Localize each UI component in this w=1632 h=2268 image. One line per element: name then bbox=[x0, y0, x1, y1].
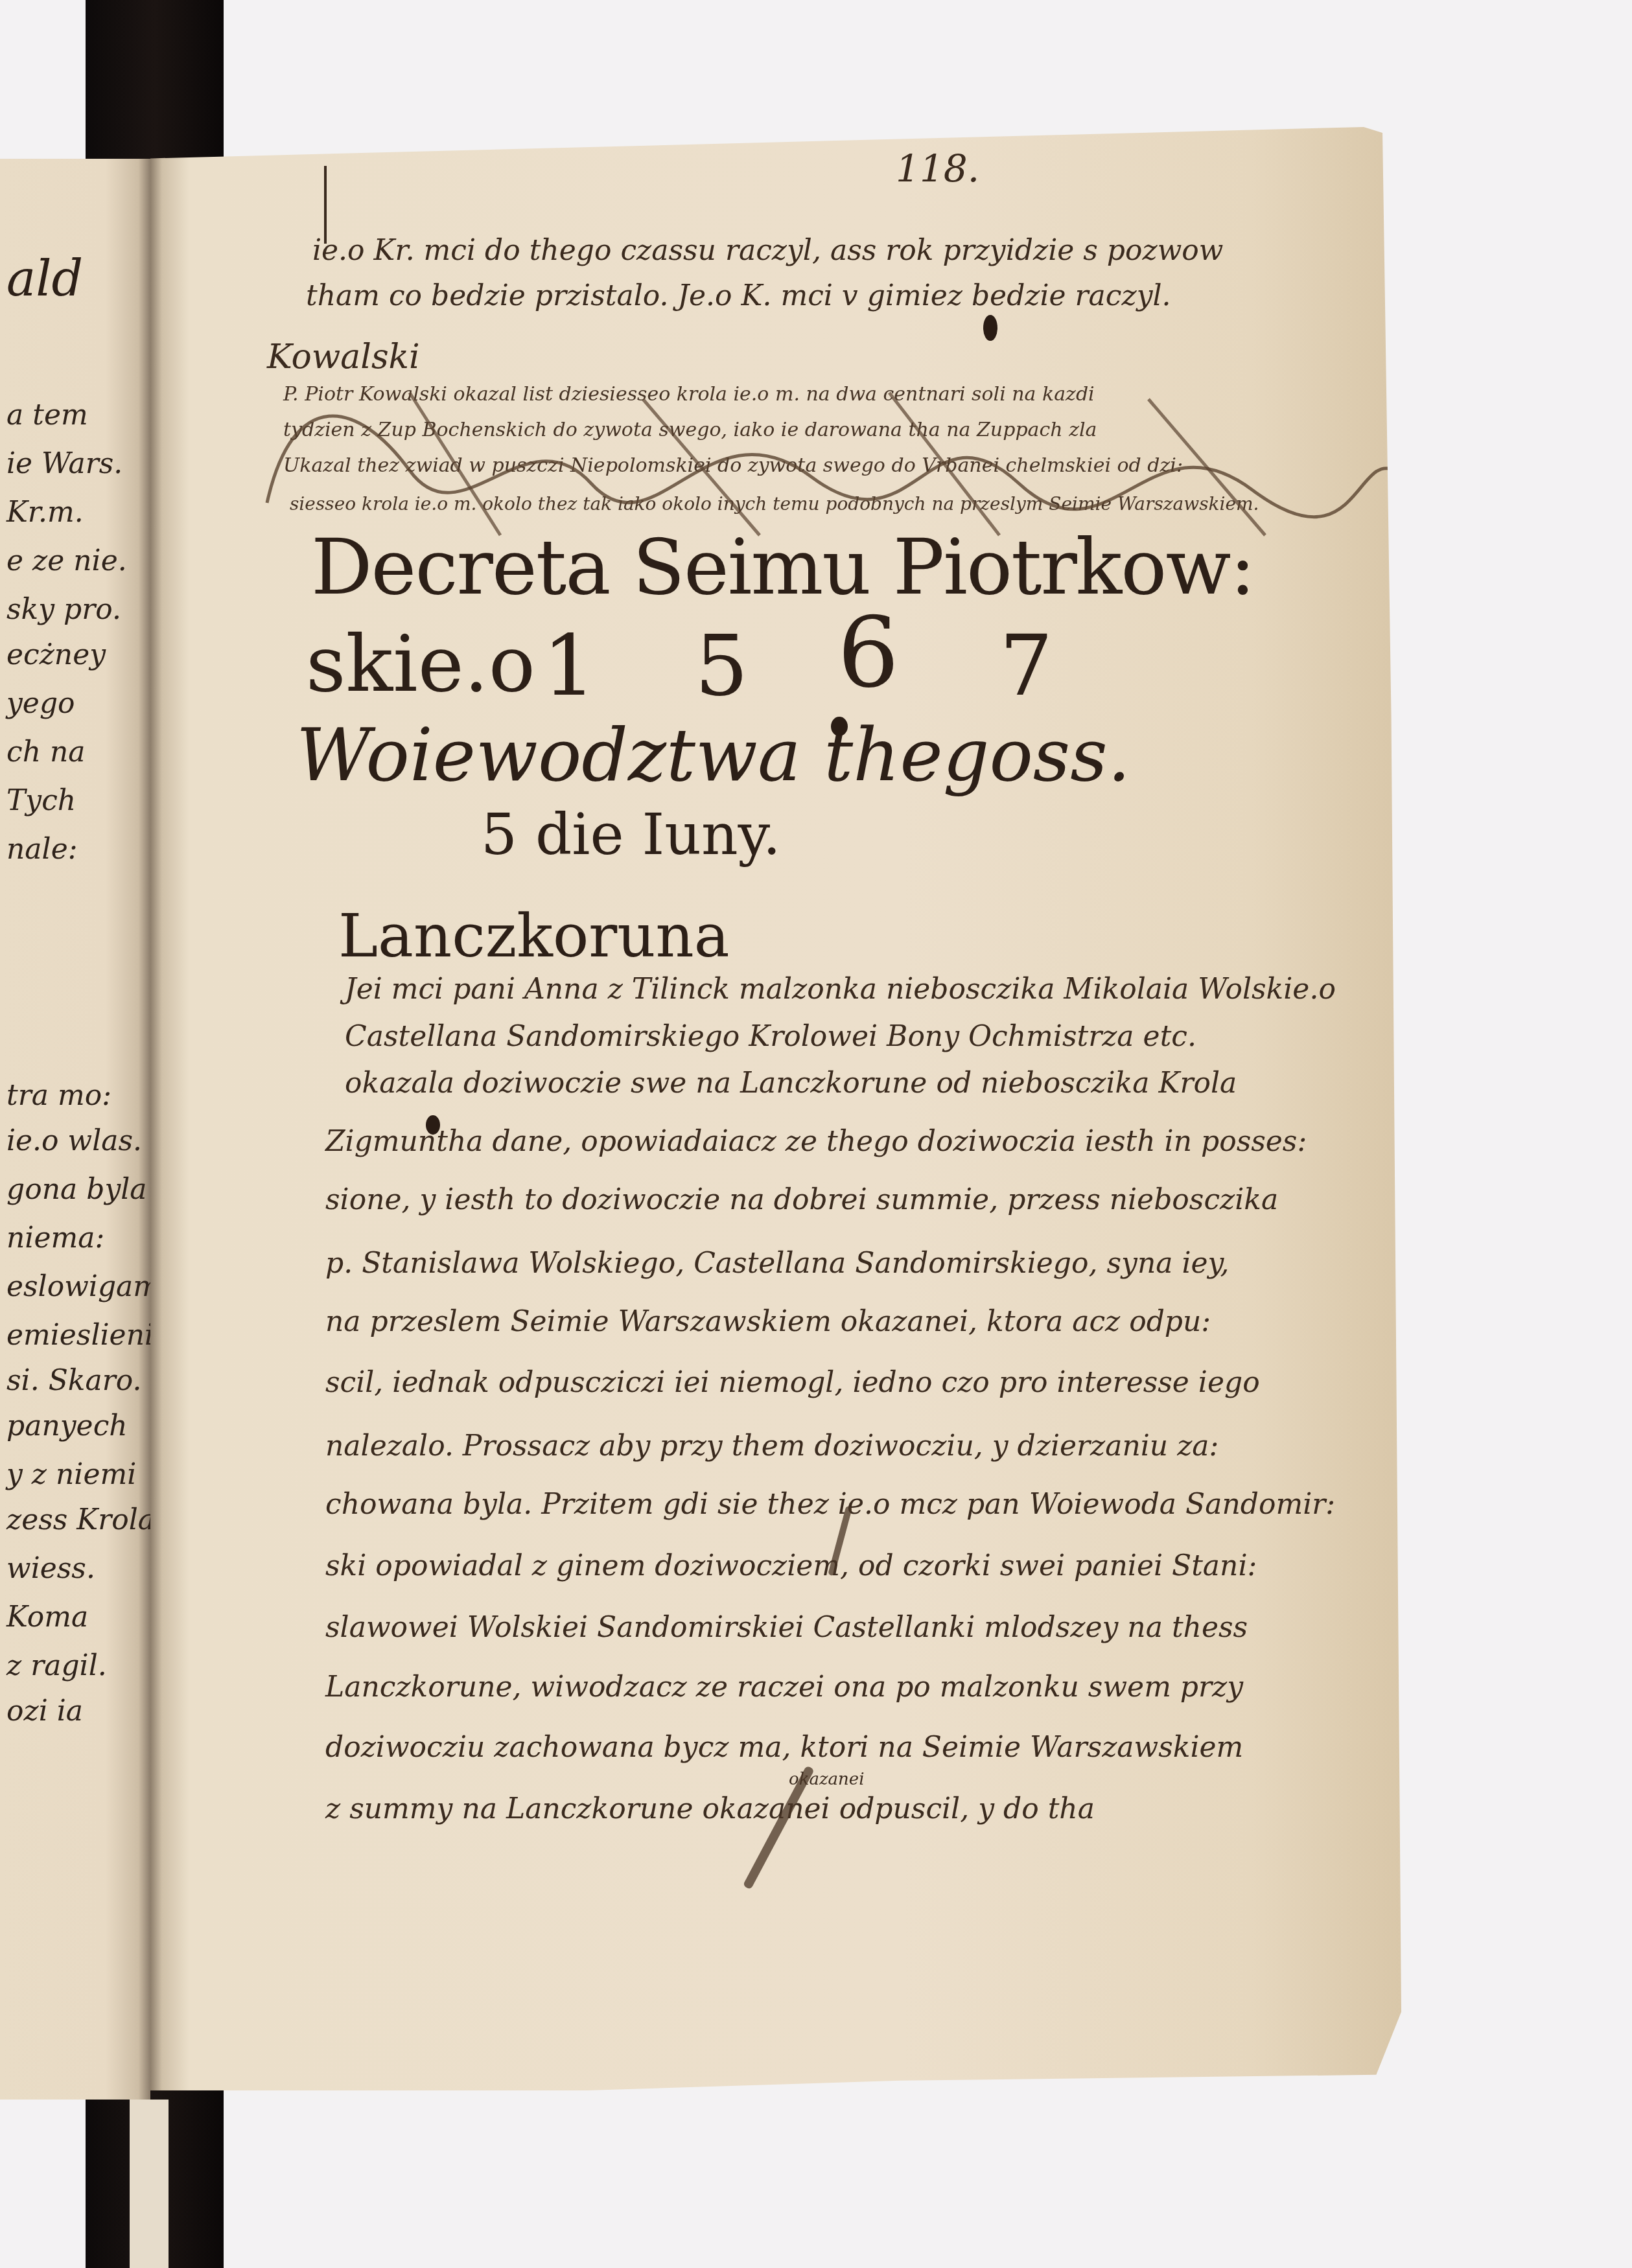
left-page-line: a tem bbox=[6, 399, 88, 432]
body-line: Castellana Sandomirskiego Krolowei Bony … bbox=[345, 1020, 1196, 1053]
body-line: Lanczkorune, wiwodzacz ze raczei ona po … bbox=[325, 1671, 1243, 1704]
left-page-line: e ze nie. bbox=[6, 544, 127, 577]
decree-heading-line3: Woiewodztwa thegoss. bbox=[296, 713, 1130, 798]
left-page: ald a tem ie Wars. Kr.m. e ze nie. sky p… bbox=[0, 159, 150, 2100]
left-page-line: panyech bbox=[6, 1409, 128, 1442]
body-line: na przeslem Seimie Warszawskiem okazanei… bbox=[325, 1305, 1211, 1338]
ink-blot bbox=[426, 1115, 440, 1135]
left-page-line: si. Skaro. bbox=[6, 1364, 141, 1397]
decree-heading-line2: skie.o bbox=[306, 619, 535, 710]
left-page-line: eslowigami bbox=[6, 1270, 150, 1303]
body-line: doziwocziu zachowana bycz ma, ktori na S… bbox=[325, 1731, 1243, 1764]
left-page-line: yego bbox=[6, 687, 75, 720]
left-page-line: y z niemi bbox=[6, 1458, 136, 1491]
decree-heading-date: 5 die Iuny. bbox=[481, 801, 781, 868]
left-page-title-fragment: ald bbox=[6, 249, 83, 307]
body-line: okazala doziwoczie swe na Lanczkorune od… bbox=[345, 1067, 1237, 1100]
body-line: z summy na Lanczkorune okazanei odpuscil… bbox=[325, 1792, 1095, 1825]
decree-heading-line1: Decreta Seimu Piotrkow: bbox=[311, 522, 1254, 612]
binding-tab bbox=[130, 2100, 169, 2268]
opening-line: ie.o Kr. mci do thego czassu raczyl, ass… bbox=[312, 234, 1223, 267]
left-page-line: emieslienie bbox=[6, 1319, 150, 1352]
left-page-line: ie.o wlas. bbox=[6, 1124, 142, 1157]
section-title: Lanczkoruna bbox=[338, 901, 730, 971]
body-line: Zigmuntha dane, opowiadaiacz ze thego do… bbox=[325, 1125, 1307, 1158]
left-page-line: nale: bbox=[6, 833, 78, 866]
year-digit: 5 bbox=[695, 616, 749, 715]
left-page-line: wiess. bbox=[6, 1552, 95, 1585]
left-page-line: ozi ia bbox=[6, 1695, 83, 1728]
left-page-line: ecżney bbox=[6, 638, 106, 671]
body-line: scil, iednak odpuscziczi iei niemogl, ie… bbox=[325, 1366, 1260, 1399]
body-line: Jei mci pani Anna z Tilinck malzonka nie… bbox=[345, 973, 1336, 1006]
left-page-line: sky pro. bbox=[6, 593, 121, 626]
left-page-line: ch na bbox=[6, 735, 86, 769]
ink-stroke bbox=[743, 1765, 815, 1890]
ink-blot bbox=[983, 315, 997, 341]
left-page-line: ie Wars. bbox=[6, 447, 122, 480]
left-page-line: Kr.m. bbox=[6, 496, 84, 529]
left-page-line: Koma bbox=[6, 1601, 88, 1634]
left-page-line: tra mo: bbox=[6, 1079, 111, 1112]
left-page-line: Tych bbox=[6, 784, 76, 817]
year-digit: 6 bbox=[837, 597, 899, 710]
body-line: chowana byla. Przitem gdi sie thez ie.o … bbox=[325, 1488, 1335, 1521]
year-digit: 7 bbox=[999, 616, 1053, 715]
year-digit: 1 bbox=[542, 616, 596, 715]
ink-blot bbox=[831, 717, 848, 736]
body-line: sione, y iesth to doziwoczie na dobrei s… bbox=[325, 1183, 1278, 1216]
body-line: nalezalo. Prossacz aby przy them doziwoc… bbox=[325, 1429, 1218, 1463]
left-page-line: zess Krola bbox=[6, 1503, 150, 1536]
folio-number: 118. bbox=[896, 146, 979, 191]
left-page-line: z ragil. bbox=[6, 1649, 107, 1682]
opening-line: tham co bedzie przistalo. Je.o K. mci v … bbox=[306, 279, 1171, 312]
body-line: ski opowiadal z ginem doziwocziem, od cz… bbox=[325, 1549, 1257, 1582]
body-line: p. Stanislawa Wolskiego, Castellana Sand… bbox=[325, 1247, 1230, 1280]
marginal-name: Kowalski bbox=[267, 338, 420, 376]
cancellation-strokes bbox=[254, 373, 1401, 542]
margin-tick-mark bbox=[324, 166, 327, 244]
left-page-line: gona byla bbox=[6, 1173, 147, 1206]
body-line: slawowei Wolskiei Sandomirskiei Castella… bbox=[325, 1611, 1248, 1644]
left-page-line: niema: bbox=[6, 1221, 104, 1255]
right-page: 118. ie.o Kr. mci do thego czassu raczyl… bbox=[150, 127, 1401, 2090]
